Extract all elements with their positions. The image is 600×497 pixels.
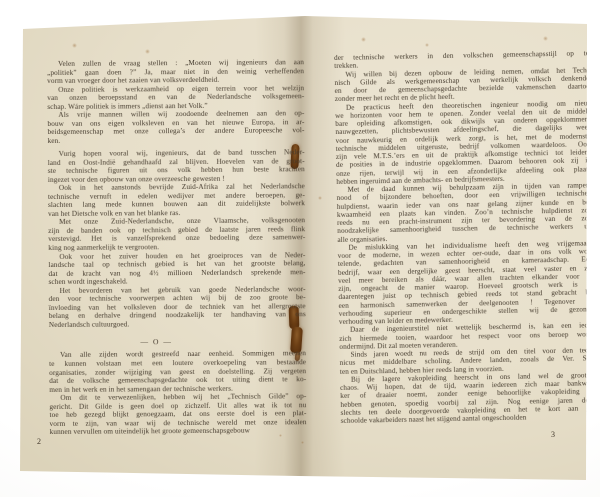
text-line: kunnen vervullen om uiteindelijk het gro… <box>50 427 307 437</box>
page-left-text: Velen zullen de vraag stellen : „Moeten … <box>47 58 307 437</box>
page-number-left: 2 <box>37 437 41 446</box>
text-line: belang en derhalve dringend noodzakelijk… <box>49 311 306 321</box>
foxing-spot <box>543 36 548 41</box>
foxing-spot <box>145 49 150 54</box>
foxing-spot <box>425 43 429 47</box>
page-right-text: der technische werkers in den volkschen … <box>334 49 596 425</box>
text-line: beidsgemeenschap met onze collega’s der … <box>47 127 304 137</box>
foxing-spot <box>361 37 366 42</box>
foxing-spot <box>301 441 304 444</box>
page-number-right: 3 <box>551 430 555 439</box>
photo-background: Velen zullen de vraag stellen : „Moeten … <box>0 0 600 497</box>
text-line: verstevigd. Het is vanzelfsprekend onze … <box>48 234 305 244</box>
section-separator: — O — <box>49 336 306 347</box>
text-line: ste technische figuren uit ons volk hebb… <box>48 165 305 175</box>
foxing-spot <box>72 43 77 48</box>
booklet-spread: Velen zullen de vraag stellen : „Moeten … <box>0 0 600 497</box>
foxing-spot <box>318 196 322 200</box>
